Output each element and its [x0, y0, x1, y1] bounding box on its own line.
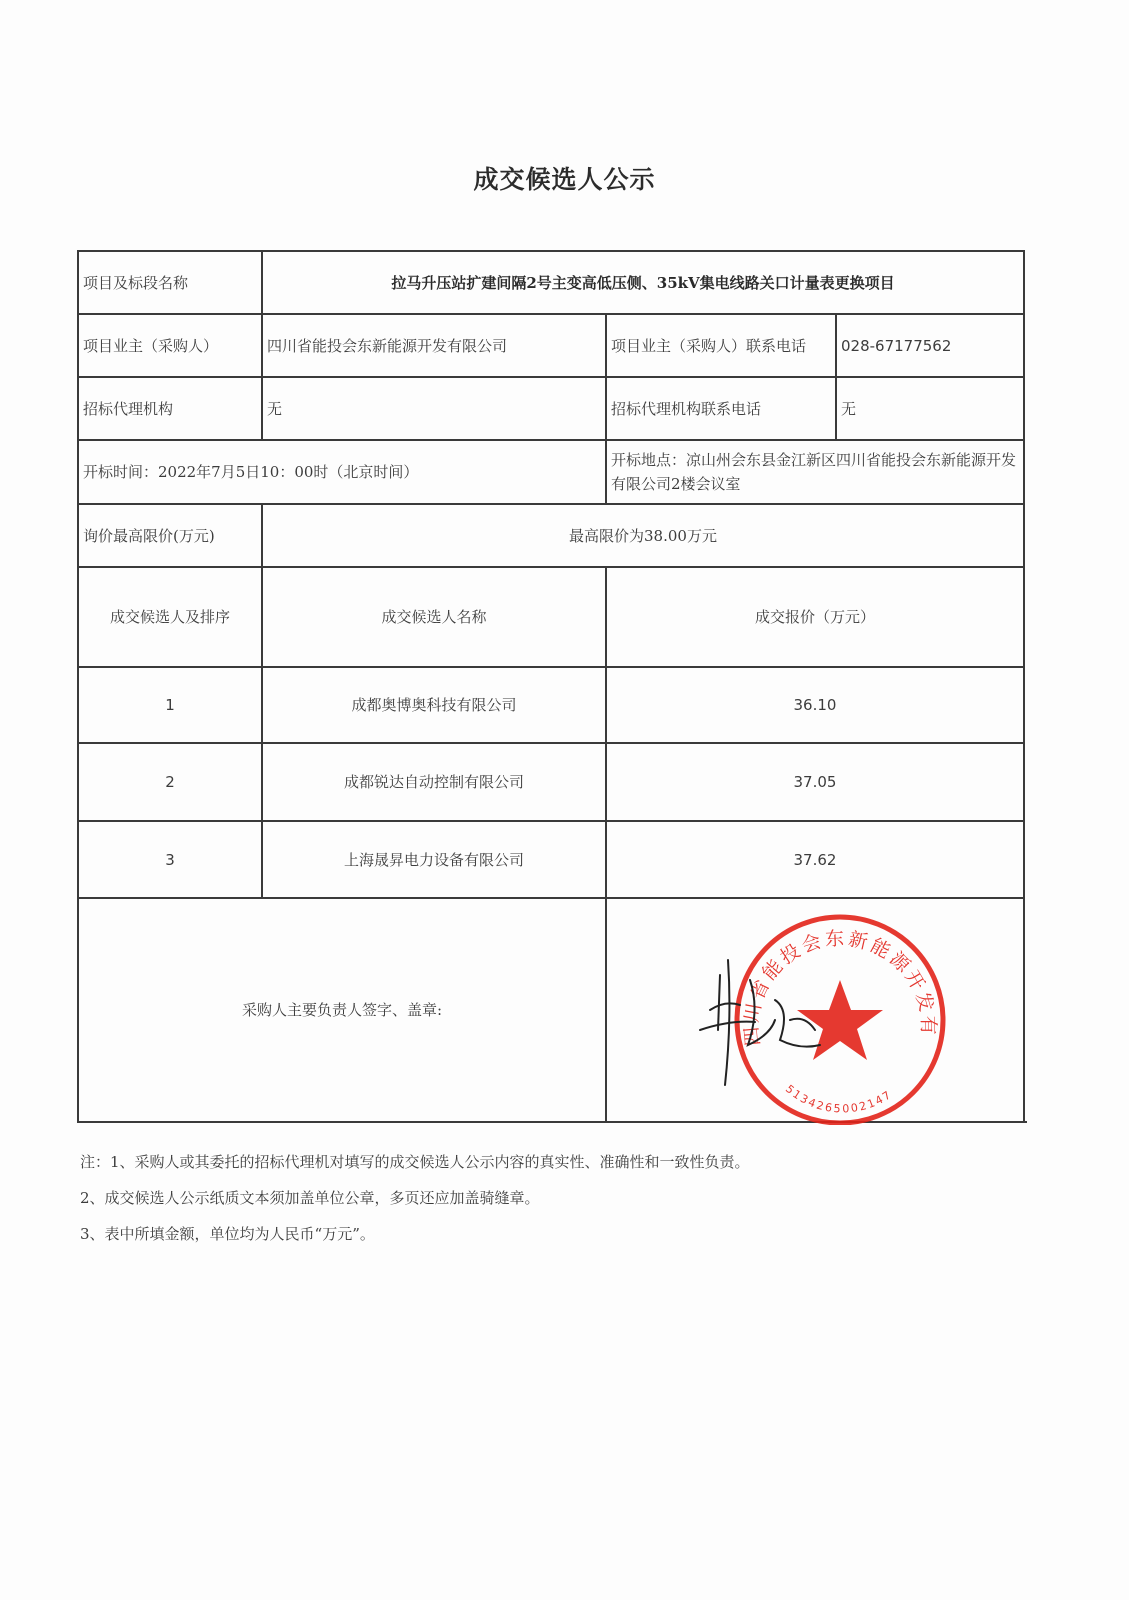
owner-phone-value: 028-67177562: [837, 315, 1023, 376]
candidate-name: 成都锐达自动控制有限公司: [263, 744, 605, 820]
header-name: 成交候选人名称: [263, 568, 605, 666]
note-3: 3、表中所填金额，单位均为人民币“万元”。: [80, 1222, 750, 1258]
agency-value: 无: [263, 378, 605, 439]
candidate-rank: 3: [79, 822, 261, 897]
owner-phone-label: 项目业主（采购人）联系电话: [607, 315, 835, 376]
candidate-price: 37.05: [607, 744, 1023, 820]
project-name-label: 项目及标段名称: [79, 252, 261, 313]
header-rank: 成交候选人及排序: [79, 568, 261, 666]
candidate-price: 36.10: [607, 668, 1023, 742]
note-1: 注：1、采购人或其委托的招标代理机对填写的成交候选人公示内容的真实性、准确性和一…: [80, 1150, 750, 1186]
max-price-value: 最高限价为38.00万元: [263, 505, 1023, 566]
agency-phone-value: 无: [837, 378, 1023, 439]
agency-label: 招标代理机构: [79, 378, 261, 439]
notes-section: 注：1、采购人或其委托的招标代理机对填写的成交候选人公示内容的真实性、准确性和一…: [80, 1150, 750, 1258]
bid-open-time: 开标时间：2022年7月5日10：00时（北京时间）: [79, 441, 605, 503]
owner-label: 项目业主（采购人）: [79, 315, 261, 376]
candidate-rank: 2: [79, 744, 261, 820]
max-price-label: 询价最高限价(万元): [79, 505, 261, 566]
signature-label: 采购人主要负责人签字、盖章:: [79, 899, 605, 1121]
candidate-price: 37.62: [607, 822, 1023, 897]
page-title: 成交候选人公示: [0, 160, 1129, 196]
handwritten-signature-icon: [680, 950, 860, 1090]
owner-value: 四川省能投会东新能源开发有限公司: [263, 315, 605, 376]
candidate-name: 成都奥博奥科技有限公司: [263, 668, 605, 742]
header-price: 成交报价（万元）: [607, 568, 1023, 666]
candidate-rank: 1: [79, 668, 261, 742]
agency-phone-label: 招标代理机构联系电话: [607, 378, 835, 439]
bid-open-place: 开标地点：凉山州会东县金江新区四川省能投会东新能源开发有限公司2楼会议室: [607, 441, 1023, 503]
project-name-value: 拉马升压站扩建间隔2号主变高低压侧、35kV集电线路关口计量表更换项目: [263, 252, 1023, 313]
note-2: 2、成交候选人公示纸质文本须加盖单位公章，多页还应加盖骑缝章。: [80, 1186, 750, 1222]
candidate-name: 上海晟昇电力设备有限公司: [263, 822, 605, 897]
